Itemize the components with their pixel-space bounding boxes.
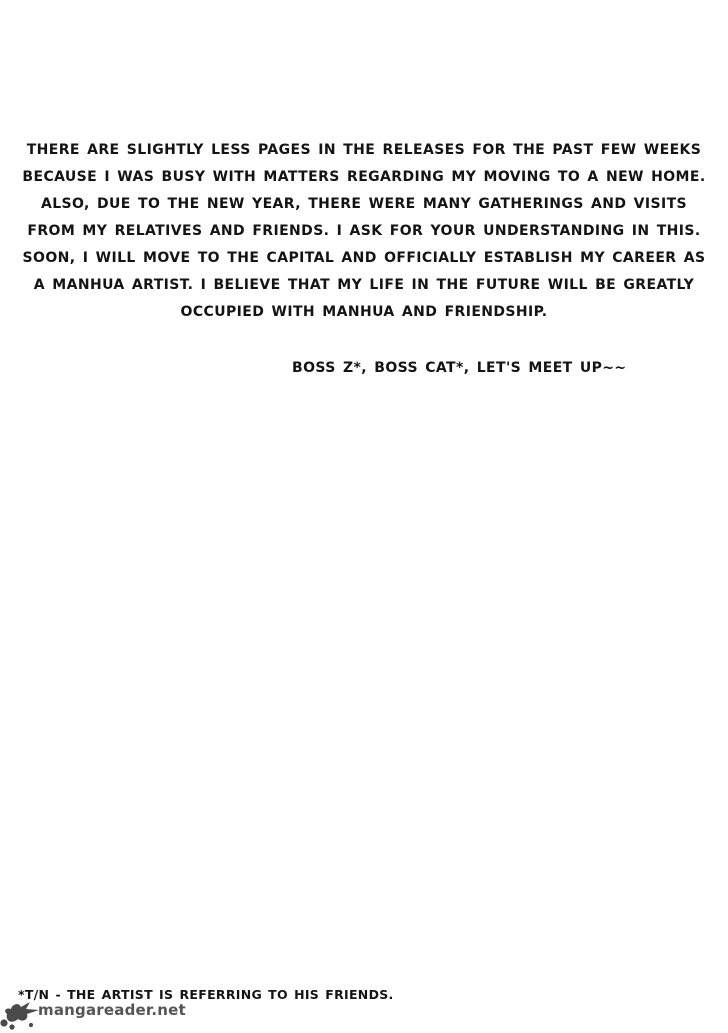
author-note-paragraph: THERE ARE SLIGHTLY LESS PAGES IN THE REL… [0, 137, 728, 326]
author-note-line: A MANHUA ARTIST. I BELIEVE THAT MY LIFE … [0, 272, 728, 299]
author-note-line: THERE ARE SLIGHTLY LESS PAGES IN THE REL… [0, 137, 728, 164]
site-watermark: mangareader.net [0, 999, 186, 1033]
author-note-line: FROM MY RELATIVES AND FRIENDS. I ASK FOR… [0, 218, 728, 245]
author-note-line: ALSO, DUE TO THE NEW YEAR, THERE WERE MA… [0, 191, 728, 218]
author-note-line: SOON, I WILL MOVE TO THE CAPITAL AND OFF… [0, 245, 728, 272]
watermark-site-name: mangareader.net [38, 1001, 186, 1019]
author-note-line: BECAUSE I WAS BUSY WITH MATTERS REGARDIN… [0, 164, 728, 191]
ink-splat-logo-icon [0, 999, 40, 1033]
author-note-line: OCCUPIED WITH MANHUA AND FRIENDSHIP. [0, 299, 728, 326]
manga-page: THERE ARE SLIGHTLY LESS PAGES IN THE REL… [0, 0, 728, 1033]
author-signoff-line: BOSS Z*, BOSS CAT*, LET'S MEET UP~~ [292, 355, 627, 382]
